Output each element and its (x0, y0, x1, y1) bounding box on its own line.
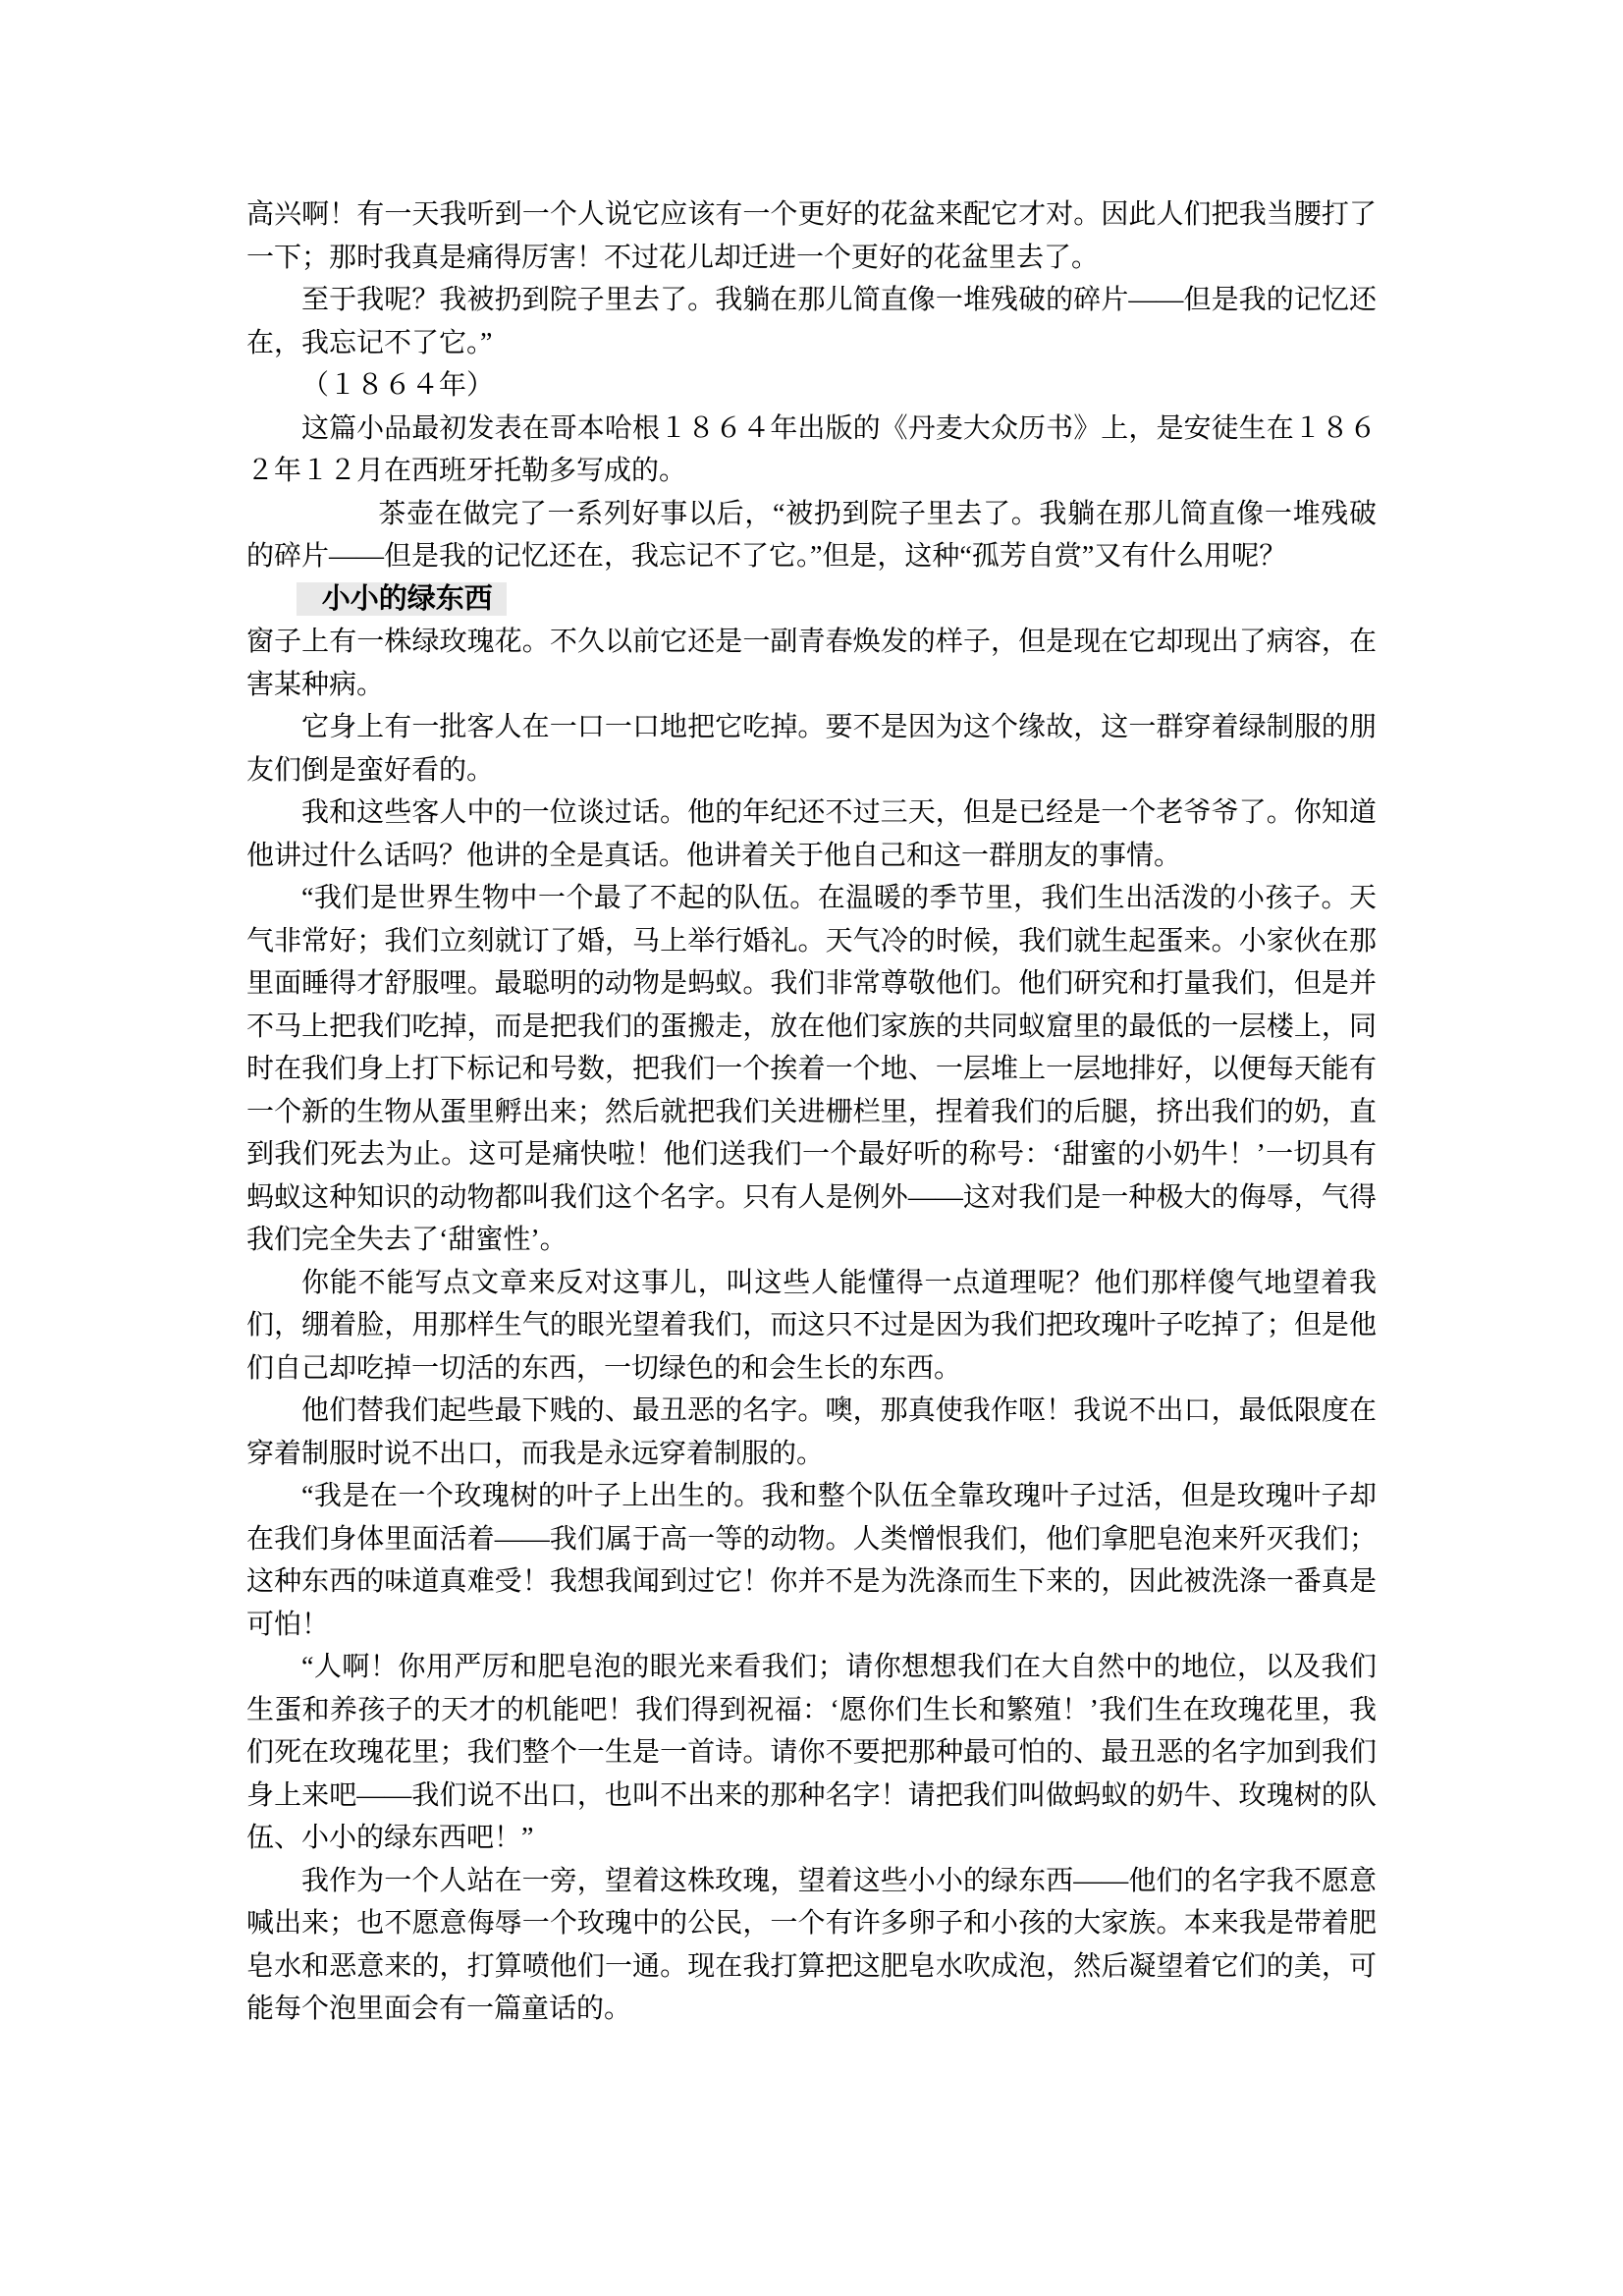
paragraph: 我和这些客人中的一位谈过话。他的年纪还不过三天，但是已经是一个老爷爷了。你知道他… (246, 792, 1377, 877)
paragraph: （１８６４年） (246, 364, 1377, 408)
paragraph: “我是在一个玫瑰树的叶子上出生的。我和整个队伍全靠玫瑰叶子过活，但是玫瑰叶子却在… (246, 1475, 1377, 1646)
paragraph: 它身上有一批客人在一口一口地把它吃掉。要不是因为这个缘故，这一群穿着绿制服的朋友… (246, 706, 1377, 792)
paragraph: “我们是世界生物中一个最了不起的队伍。在温暖的季节里，我们生出活泼的小孩子。天气… (246, 877, 1377, 1262)
document-page: 高兴啊！有一天我听到一个人说它应该有一个更好的花盆来配它才对。因此人们把我当腰打… (0, 0, 1623, 2296)
paragraph: 高兴啊！有一天我听到一个人说它应该有一个更好的花盆来配它才对。因此人们把我当腰打… (246, 193, 1377, 279)
paragraph: 茶壶在做完了一系列好事以后，“被扔到院子里去了。我躺在那儿简直像一堆残破的碎片—… (246, 493, 1377, 578)
paragraph: “人啊！你用严厉和肥皂泡的眼光来看我们；请你想想我们在大自然中的地位，以及我们生… (246, 1646, 1377, 1860)
paragraph: 他们替我们起些最下贱的、最丑恶的名字。噢，那真使我作呕！我说不出口，最低限度在穿… (246, 1390, 1377, 1475)
paragraph: 你能不能写点文章来反对这事儿，叫这些人能懂得一点道理呢？他们那样傻气地望着我们，… (246, 1262, 1377, 1391)
paragraph: 这篇小品最初发表在哥本哈根１８６４年出版的《丹麦大众历书》上，是安徒生在１８６２… (246, 408, 1377, 493)
story-title-text: 小小的绿东西 (297, 582, 507, 616)
story-title-heading: 小小的绿东西 (246, 578, 1377, 622)
paragraph: 窗子上有一株绿玫瑰花。不久以前它还是一副青春焕发的样子，但是现在它却现出了病容，… (246, 621, 1377, 706)
paragraph: 至于我呢？我被扔到院子里去了。我躺在那儿简直像一堆残破的碎片——但是我的记忆还在… (246, 279, 1377, 364)
paragraph: 我作为一个人站在一旁，望着这株玫瑰，望着这些小小的绿东西——他们的名字我不愿意喊… (246, 1860, 1377, 2031)
document-text-block: 高兴啊！有一天我听到一个人说它应该有一个更好的花盆来配它才对。因此人们把我当腰打… (246, 193, 1377, 2031)
